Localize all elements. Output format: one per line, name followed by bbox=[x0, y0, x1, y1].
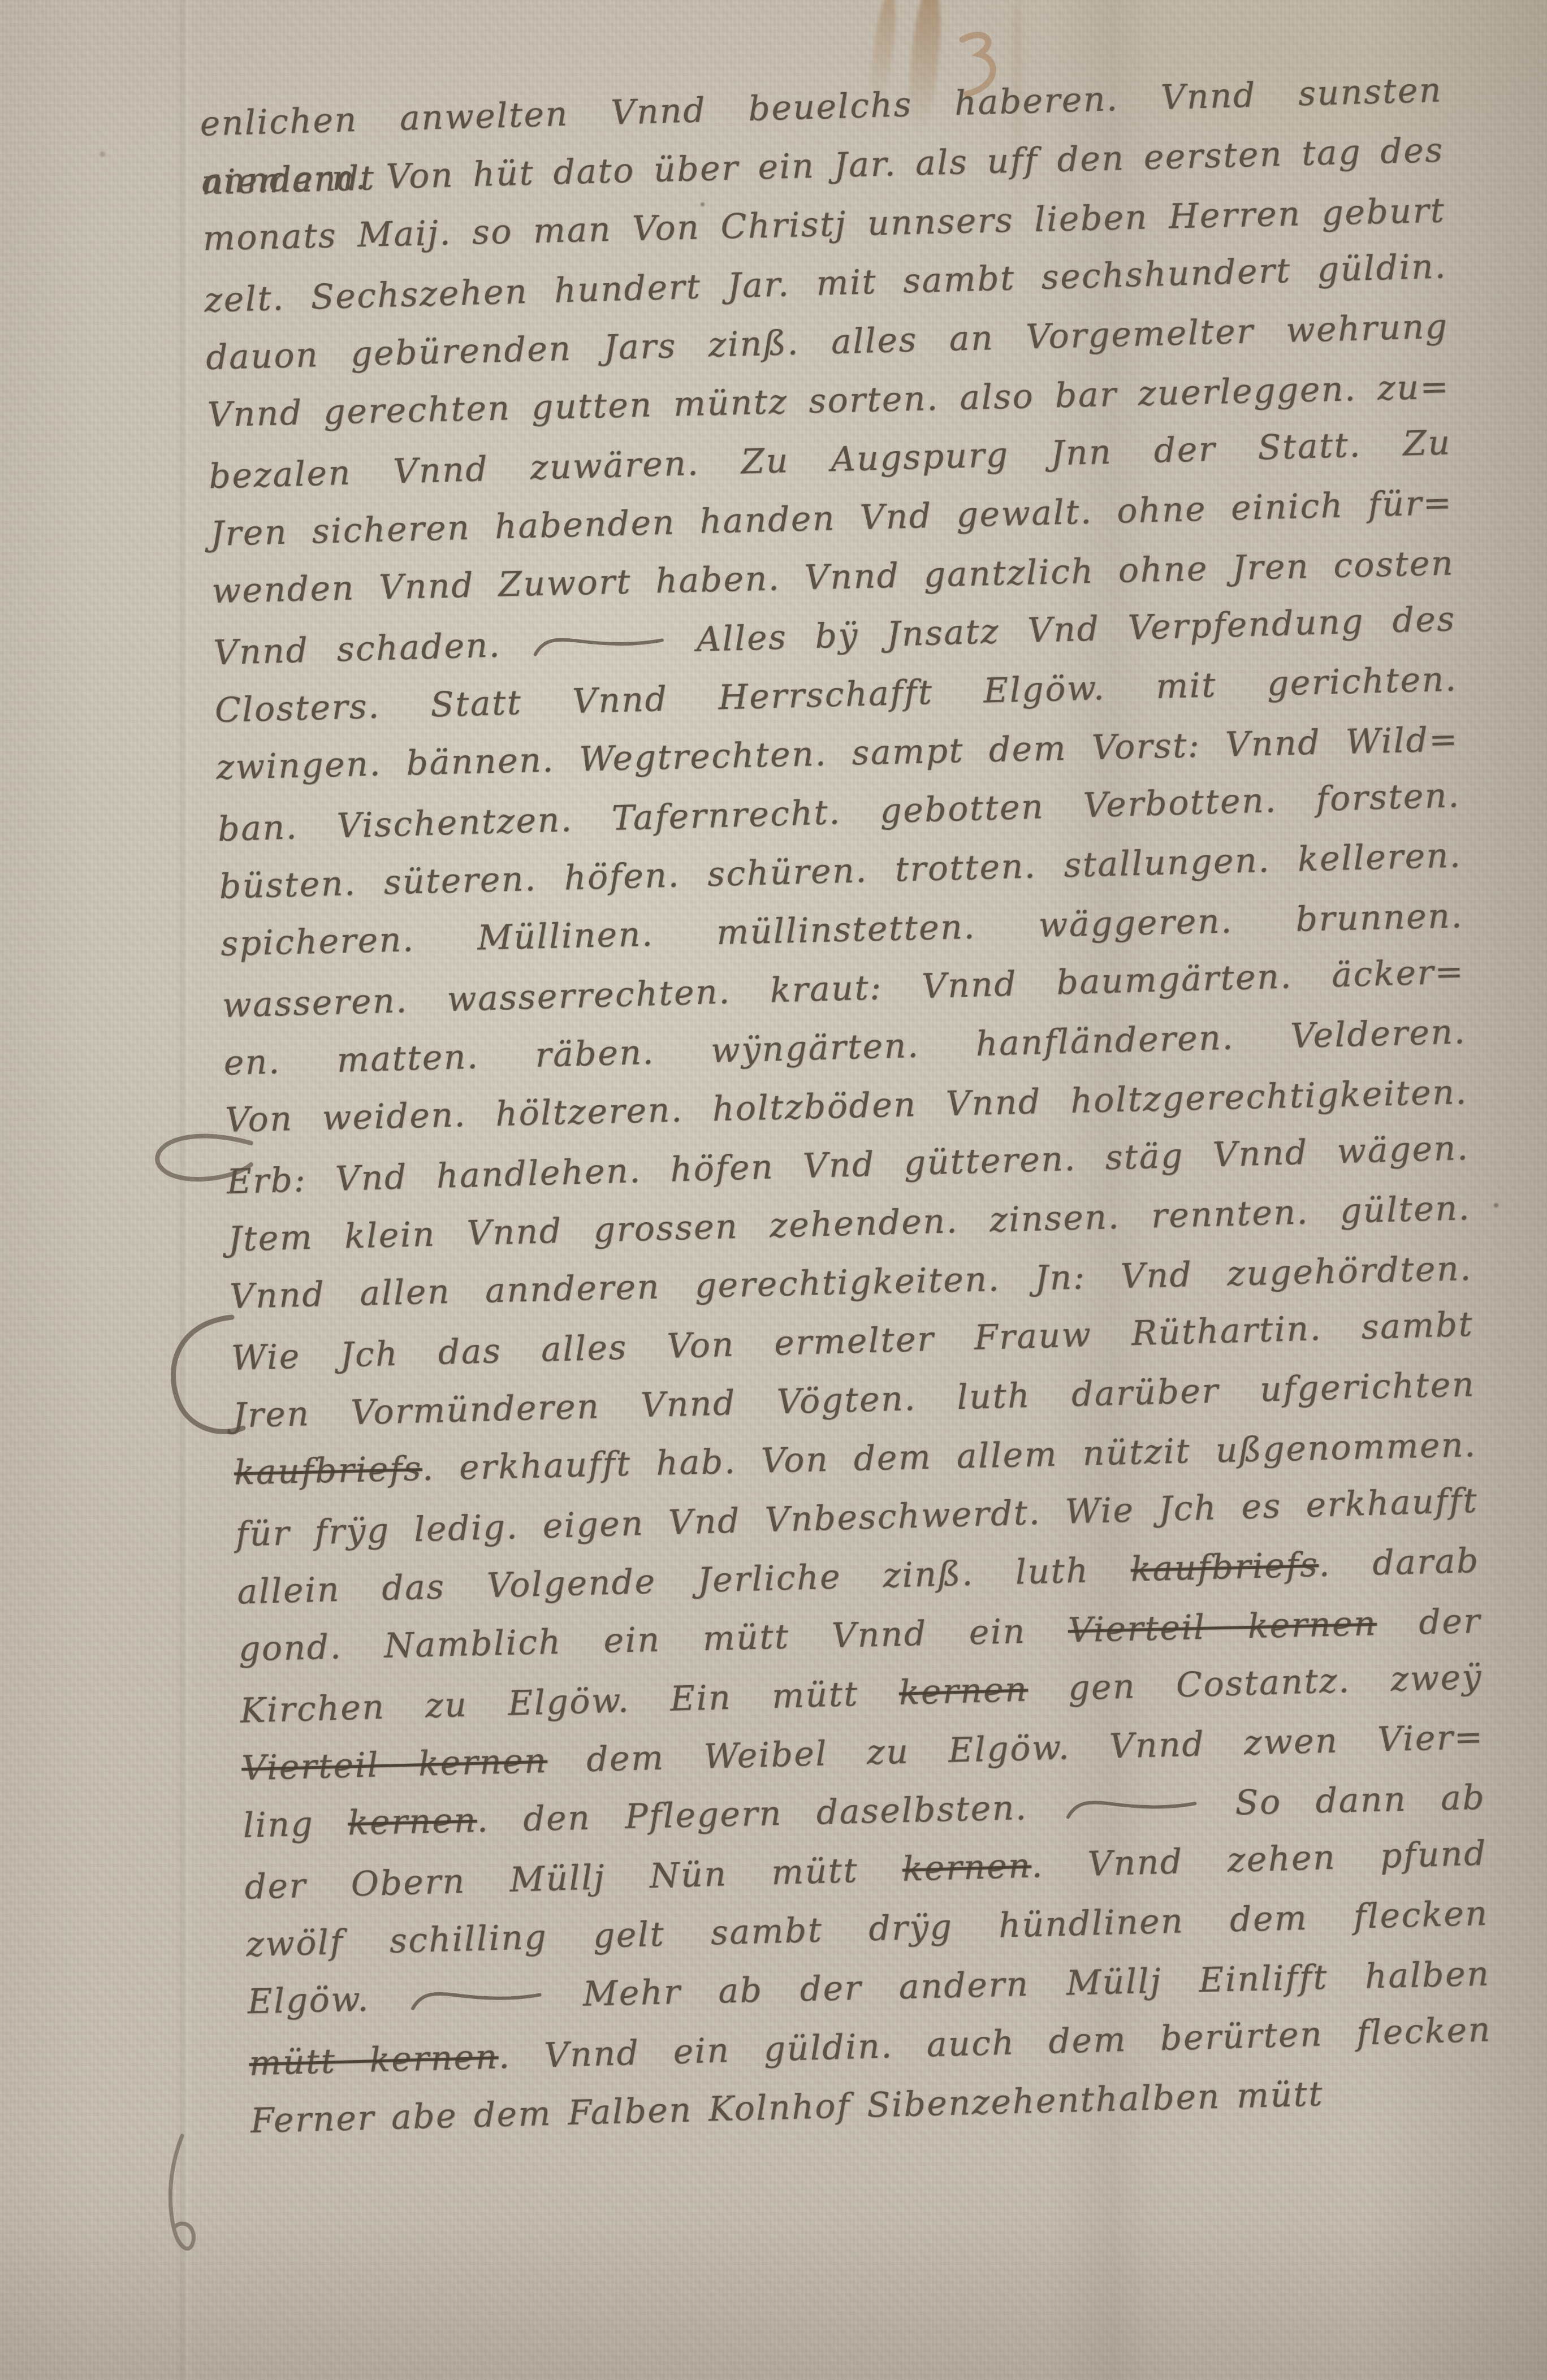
text-segment: der bbox=[1376, 1602, 1481, 1643]
text-segment: ling bbox=[243, 1803, 348, 1845]
struck-word: Vierteil kernen bbox=[1068, 1604, 1377, 1650]
ink-speck bbox=[100, 152, 105, 157]
struck-word: mütt kernen bbox=[249, 2037, 499, 2083]
text-segment: . den Pflegern daselbsten. bbox=[477, 1788, 1062, 1840]
page-edge-shading-bottom bbox=[0, 2222, 1547, 2380]
text-segment: Alles bÿ Jnsatz Vnd Verpfendung des bbox=[668, 599, 1456, 660]
pen-flourish-dash bbox=[409, 1985, 543, 2013]
struck-word: kernen bbox=[348, 1801, 478, 1843]
struck-word: kaufbriefs bbox=[1130, 1545, 1319, 1589]
descender-flourish bbox=[157, 2132, 202, 2265]
struck-word: kernen bbox=[898, 1669, 1029, 1712]
text-segment: . darab bbox=[1318, 1541, 1480, 1585]
pen-flourish-dash bbox=[532, 631, 666, 659]
text-segment: gond. Namblich ein mütt Vnnd ein bbox=[238, 1611, 1069, 1669]
text-segment: So dann ab bbox=[1201, 1778, 1486, 1824]
struck-word: kaufbriefs bbox=[234, 1449, 422, 1493]
pen-flourish-dash bbox=[1065, 1794, 1198, 1822]
struck-word: kernen bbox=[902, 1846, 1032, 1889]
manuscript-page: enlichen anwelten Vnnd beuelchs haberen.… bbox=[0, 0, 1547, 2380]
text-segment: Kirchen zu Elgöw. Ein mütt bbox=[240, 1673, 900, 1731]
text-segment: Elgöw. bbox=[247, 1979, 407, 2022]
text-segment: der Obern Müllj Nün mütt bbox=[244, 1850, 903, 1907]
text-segment: . Vnnd zehen pfund bbox=[1031, 1833, 1488, 1885]
handwritten-text-block: enlichen anwelten Vnnd beuelchs haberen.… bbox=[199, 62, 1493, 2150]
text-segment: Vnnd schaden. bbox=[213, 625, 529, 673]
struck-word: Vierteil kernen bbox=[241, 1741, 548, 1789]
ink-speck bbox=[1494, 1203, 1498, 1208]
text-segment: gen Costantz. zweÿ bbox=[1027, 1657, 1483, 1709]
